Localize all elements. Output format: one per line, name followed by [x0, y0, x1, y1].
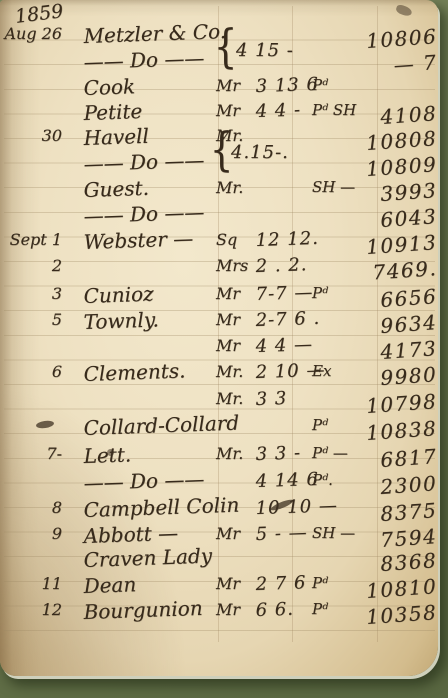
entry-amount: 2-7 6 . — [255, 307, 356, 331]
entry-payment-mark: Pᵈ — [312, 76, 376, 94]
entry-date: 8 — [2, 498, 62, 517]
entry-abbreviation: Mr — [216, 284, 258, 303]
ledger-page-scan: 1859 Aug 26 Metzler & Co. 10806 —— Do ——… — [0, 0, 438, 676]
entry-abbreviation: Sq — [216, 230, 258, 249]
ledger-row: 12 Bourgunion Mr 6 6. Pᵈ 10358 — [0, 600, 438, 626]
ledger-row: 6 Clements. Mr. 2 10 — Ex 9980 — [0, 362, 438, 388]
entry-amount: 4 4 — — [255, 333, 356, 357]
ledger-row: Sept 1 Webster — Sq 12 12. 10913 — [0, 230, 438, 256]
entry-date: 5 — [2, 310, 62, 329]
entry-name: Campbell Colin — [83, 492, 254, 522]
entry-date: Sept 1 — [2, 230, 62, 249]
entry-abbreviation: Mr — [216, 76, 258, 95]
entry-date: 7- — [2, 444, 62, 463]
brace-amount: 4.15-. — [231, 142, 289, 163]
entry-abbreviation: Mr. — [216, 389, 258, 408]
entry-date: 6 — [2, 362, 62, 381]
entry-date: 30 — [2, 126, 62, 145]
entry-abbreviation: Mr. — [216, 444, 258, 463]
entry-abbreviation: Mrs — [216, 256, 258, 275]
entry-name: Craven Lady — [83, 542, 254, 572]
ledger-rows: Aug 26 Metzler & Co. 10806 —— Do —— — 7 … — [0, 0, 438, 676]
entry-serial-number: 6817 — [349, 444, 438, 474]
entry-brace: { — [214, 23, 237, 69]
entry-brace: { — [210, 126, 233, 172]
entry-serial-number: 2300 — [349, 471, 438, 501]
entry-name: —— Do —— — [83, 465, 254, 495]
entry-abbreviation: Mr. — [216, 362, 258, 381]
entry-date: 12 — [2, 600, 62, 619]
entry-name: —— Do —— — [83, 198, 254, 228]
entry-abbreviation: Mr — [216, 101, 258, 120]
entry-abbreviation: Mr. — [216, 178, 258, 197]
entry-name: Collard-Collard — [83, 410, 254, 440]
ledger-row: 2 Mrs 2 . 2. 7469. — [0, 256, 438, 282]
entry-amount: 3 3 — [255, 386, 356, 410]
entry-date: 3 — [2, 284, 62, 303]
entry-amount: 2 . 2. — [255, 253, 356, 277]
entry-amount: 12 12. — [255, 227, 356, 251]
entry-abbreviation: Mr — [216, 574, 258, 593]
entry-date: Aug 26 — [2, 24, 62, 43]
entry-abbreviation: Mr — [216, 310, 258, 329]
entry-abbreviation: Mr — [216, 600, 258, 619]
entry-abbreviation: Mr — [216, 336, 258, 355]
entry-serial-number: 10358 — [349, 600, 438, 630]
entry-serial-number: 9980 — [349, 362, 438, 392]
entry-serial-number: 10838 — [349, 416, 438, 446]
entry-serial-number: 10798 — [349, 389, 438, 419]
entry-date: 2 — [2, 256, 62, 275]
brace-amount: 4 15 - — [236, 40, 294, 61]
entry-abbreviation: Mr — [216, 524, 258, 543]
entry-date: 9 — [2, 524, 62, 543]
entry-amount: 10 10 — — [255, 495, 356, 519]
ledger-row: Collard-Collard Pᵈ 10838 — [0, 416, 438, 442]
entry-serial-number: 7469. — [349, 256, 438, 286]
entry-date: 11 — [2, 574, 62, 593]
ledger-row: 5 Townly. Mr 2-7 6 . 9634 — [0, 310, 438, 336]
entry-amount — [256, 21, 356, 24]
